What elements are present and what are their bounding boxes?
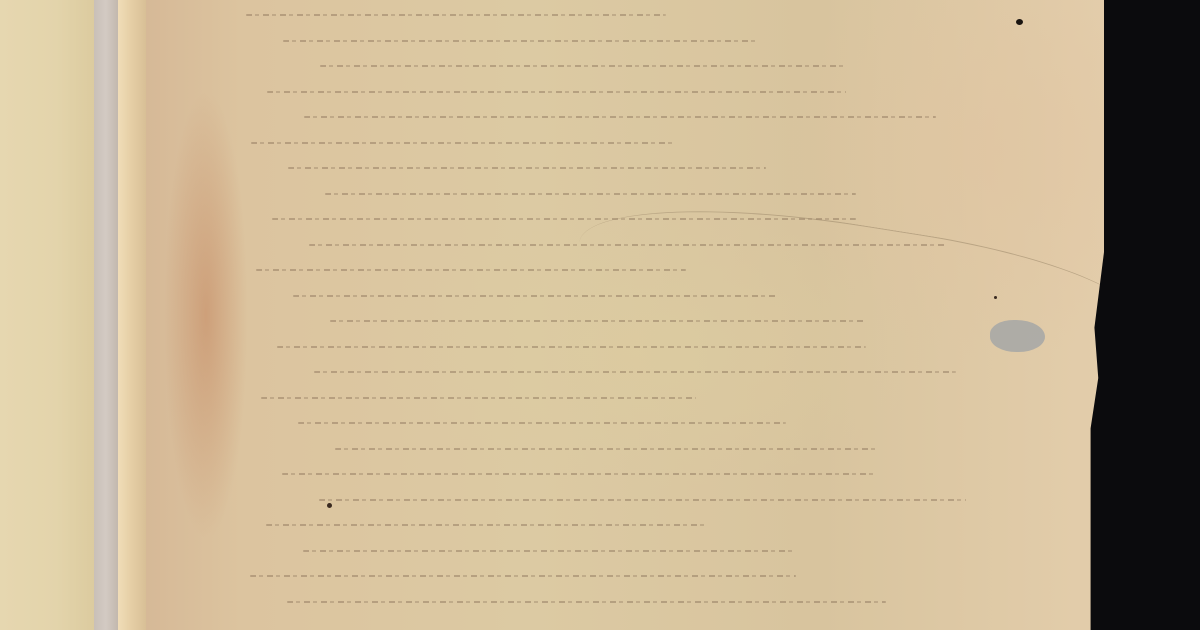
parchment-leaf [146, 0, 1104, 630]
faded-script-line [251, 142, 676, 144]
binding-guard-strip [94, 0, 118, 630]
faded-script-line [298, 422, 786, 424]
black-backdrop [1104, 0, 1200, 630]
parchment-crease [570, 182, 1142, 389]
faded-script-line [282, 473, 876, 475]
ink-dot [327, 503, 332, 508]
faded-script-line [250, 575, 796, 577]
faded-script-line [283, 40, 756, 42]
faded-script-line [261, 397, 696, 399]
faded-script-line [287, 601, 886, 603]
ink-dot [1016, 19, 1023, 25]
faded-script-line [246, 14, 666, 16]
faded-script-line [288, 167, 766, 169]
ink-dot [994, 296, 997, 299]
binding-edge [118, 0, 147, 630]
faded-script-line [335, 448, 876, 450]
faded-script-line [325, 193, 856, 195]
faded-script-line [319, 499, 966, 501]
faded-script-line [320, 65, 846, 67]
faded-script-line [314, 371, 956, 373]
grey-stain [990, 320, 1045, 352]
flyleaf-paper [0, 0, 94, 630]
faded-script-line [303, 550, 796, 552]
faded-script-line [304, 116, 936, 118]
faded-script-line [266, 524, 706, 526]
faded-script-line [267, 91, 846, 93]
faded-script-line [277, 346, 866, 348]
